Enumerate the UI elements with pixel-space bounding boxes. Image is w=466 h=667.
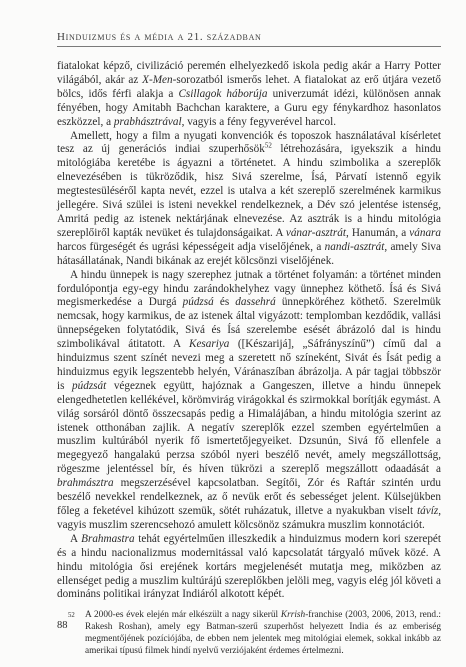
text-run: , vagyis a fény fegyverével harcol. (182, 116, 336, 128)
running-head: Hinduizmus és a média a 21. században (57, 31, 441, 47)
text-run: létrehozására, igyekszik a hindu mitológ… (57, 143, 441, 238)
italic-text: Krrish (281, 610, 305, 620)
text-run: , Hanumán, a (346, 227, 409, 239)
italic-text: X-Men (142, 74, 172, 86)
italic-text: vánar-asztrát (286, 227, 346, 239)
body-paragraph: A Brahmastra tehát egyértelműen illeszke… (57, 533, 441, 603)
text-run: megszerzésével kapcsolatban. Segítői, Zó… (57, 477, 441, 517)
italic-text: távíz (417, 505, 438, 517)
italic-text: Csillagok háborúja (178, 88, 267, 100)
footnote-marker: 52 (68, 610, 75, 622)
italic-text: púdzsát (72, 380, 106, 392)
body-text: fiatalokat képző, civilizáció peremén el… (57, 60, 441, 658)
text-run: és (214, 296, 236, 308)
italic-text: prabhásztrával (114, 116, 182, 128)
italic-text: púdzsá (183, 296, 214, 308)
body-paragraph: Amellett, hogy a film a nyugati konvenci… (57, 130, 441, 269)
book-page: Hinduizmus és a média a 21. században fi… (0, 0, 466, 667)
italic-text: dassehrá (235, 296, 275, 308)
footnote-reference: 52 (265, 142, 272, 150)
italic-text: nandi-asztrát (325, 241, 385, 253)
italic-text: Brahmastra (81, 533, 134, 545)
italic-text: Kesariya (189, 338, 229, 350)
italic-text: brahmásztra (57, 477, 114, 489)
text-run: A 2000-es évek elején már elkészült a na… (85, 610, 281, 620)
body-paragraph: fiatalokat képző, civilizáció peremén el… (57, 60, 441, 130)
italic-text: vánara (409, 227, 441, 239)
running-head-title: Hinduizmus és a média a 21. században (57, 31, 262, 43)
footnotes: 52A 2000-es évek elején már elkészült a … (57, 610, 441, 658)
text-run: A (70, 533, 81, 545)
text-run: harcos fürgeségét és ugrási képességeit … (57, 241, 325, 253)
body-paragraphs: fiatalokat képző, civilizáció peremén el… (57, 60, 441, 602)
text-run: végeznek együtt, hajóznak a Gangeszen, i… (57, 380, 441, 475)
footnote: 52A 2000-es évek elején már elkészült a … (57, 610, 441, 658)
body-paragraph: A hindu ünnepek is nagy szerephez jutnak… (57, 269, 441, 533)
page-number: 88 (57, 620, 68, 631)
